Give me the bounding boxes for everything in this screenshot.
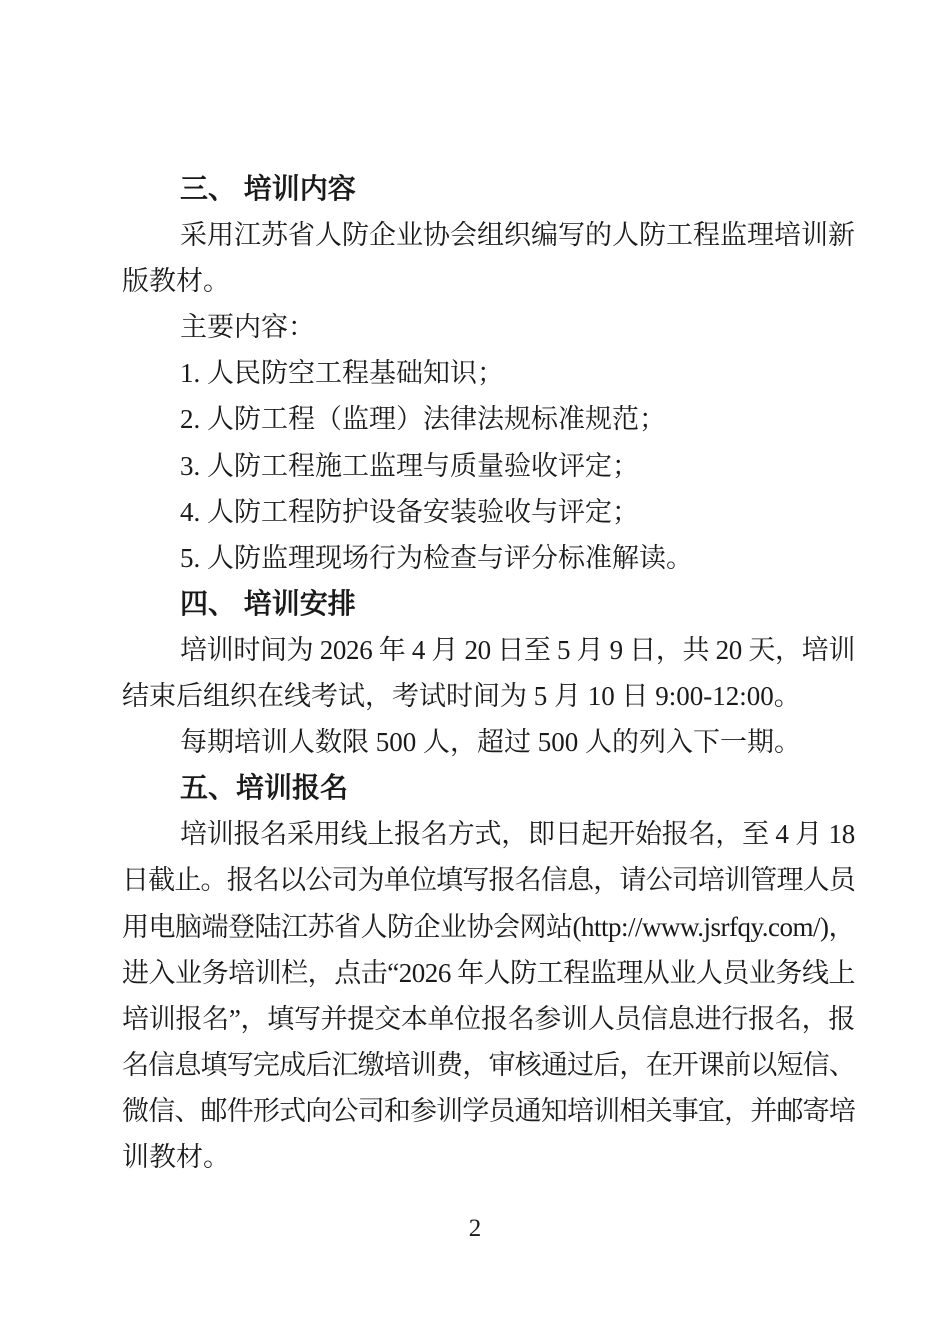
text-line-content: 采用江苏省人防企业协会组织编写的人防工程监理培训新 [180, 220, 855, 250]
text-line-content: 主要内容： [180, 312, 315, 342]
text-line-content: 四、 培训安排 [180, 588, 356, 619]
text-line-content: 培训时间为 2026 年 4 月 20 日至 5 月 9 日，共 20 天，培训 [180, 635, 855, 665]
text-line-content: 培训报名”，填写并提交本单位报名参训人员信息进行报名，报 [122, 1004, 855, 1034]
text-line: 采用江苏省人防企业协会组织编写的人防工程监理培训新 [122, 212, 855, 258]
section-heading: 三、 培训内容 [122, 166, 855, 212]
text-line: 培训时间为 2026 年 4 月 20 日至 5 月 9 日，共 20 天，培训 [122, 627, 855, 673]
text-line-content: 三、 培训内容 [180, 173, 356, 204]
text-line-content: 微信、邮件形式向公司和参训学员通知培训相关事宜，并邮寄培 [122, 1096, 855, 1126]
text-line: 版教材。 [122, 258, 855, 304]
text-line: 3. 人防工程施工监理与质量验收评定； [122, 443, 855, 489]
text-line: 名信息填写完成后汇缴培训费，审核通过后，在开课前以短信、 [122, 1042, 855, 1088]
text-line: 用电脑端登陆江苏省人防企业协会网站(http://www.jsrfqy.com/… [122, 904, 855, 950]
text-line-content: 用电脑端登陆江苏省人防企业协会网站(http://www.jsrfqy.com/… [122, 912, 855, 942]
text-line: 主要内容： [122, 304, 855, 350]
text-line: 培训报名”，填写并提交本单位报名参训人员信息进行报名，报 [122, 996, 855, 1042]
text-line-content: 五、培训报名 [180, 772, 348, 803]
text-line-content: 培训报名采用线上报名方式，即日起开始报名，至 4 月 18 [180, 819, 855, 849]
text-line-content: 训教材。 [122, 1142, 230, 1172]
document-page: 三、 培训内容采用江苏省人防企业协会组织编写的人防工程监理培训新版教材。主要内容… [0, 0, 950, 1343]
text-line: 进入业务培训栏，点击“2026 年人防工程监理从业人员业务线上 [122, 950, 855, 996]
text-line-content: 5. 人防监理现场行为检查与评分标准解读。 [180, 543, 693, 573]
text-line: 训教材。 [122, 1134, 855, 1180]
text-line: 5. 人防监理现场行为检查与评分标准解读。 [122, 535, 855, 581]
section-heading: 四、 培训安排 [122, 581, 855, 627]
text-line: 4. 人防工程防护设备安装验收与评定； [122, 489, 855, 535]
text-line: 培训报名采用线上报名方式，即日起开始报名，至 4 月 18 [122, 811, 855, 857]
text-line-content: 3. 人防工程施工监理与质量验收评定； [180, 451, 639, 481]
text-line-content: 进入业务培训栏，点击“2026 年人防工程监理从业人员业务线上 [122, 958, 855, 988]
text-line: 结束后组织在线考试，考试时间为 5 月 10 日 9:00-12:00。 [122, 673, 855, 719]
text-line: 2. 人防工程（监理）法律法规标准规范； [122, 396, 855, 442]
text-line-content: 4. 人防工程防护设备安装验收与评定； [180, 497, 639, 527]
text-line-content: 名信息填写完成后汇缴培训费，审核通过后，在开课前以短信、 [122, 1050, 855, 1080]
text-line-content: 版教材。 [122, 266, 230, 296]
text-line-content: 1. 人民防空工程基础知识； [180, 358, 504, 388]
text-line-content: 2. 人防工程（监理）法律法规标准规范； [180, 404, 666, 434]
page-number: 2 [0, 1214, 950, 1244]
text-line: 每期培训人数限 500 人，超过 500 人的列入下一期。 [122, 719, 855, 765]
text-line-content: 日截止。报名以公司为单位填写报名信息，请公司培训管理人员 [122, 865, 855, 895]
text-line: 1. 人民防空工程基础知识； [122, 350, 855, 396]
text-line-content: 结束后组织在线考试，考试时间为 5 月 10 日 9:00-12:00。 [122, 681, 801, 711]
text-line: 微信、邮件形式向公司和参训学员通知培训相关事宜，并邮寄培 [122, 1088, 855, 1134]
section-heading: 五、培训报名 [122, 765, 855, 811]
text-line: 日截止。报名以公司为单位填写报名信息，请公司培训管理人员 [122, 857, 855, 903]
text-line-content: 每期培训人数限 500 人，超过 500 人的列入下一期。 [180, 727, 801, 757]
document-body: 三、 培训内容采用江苏省人防企业协会组织编写的人防工程监理培训新版教材。主要内容… [122, 166, 855, 1180]
